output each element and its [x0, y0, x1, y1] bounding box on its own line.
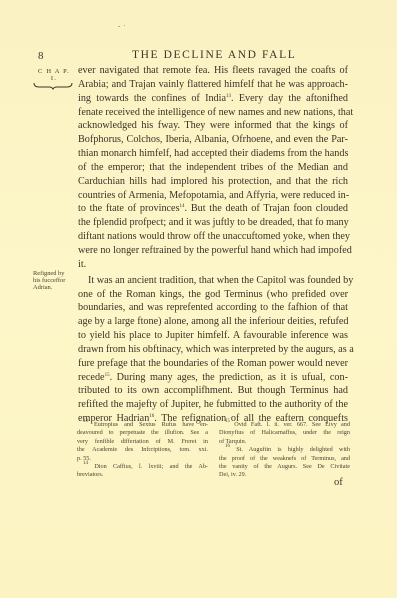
- text-line: age by a large ftone) alone, among all t…: [78, 315, 348, 329]
- footnote-line: deavoured to perpetuate the illufion. Se…: [77, 429, 208, 437]
- footnote-line: the proof of the weaknefs of Terminus, a…: [219, 455, 350, 463]
- footnote-line: Dionyfius of Halicarnaffus, under the re…: [219, 429, 350, 437]
- paper-speck: [118, 26, 120, 27]
- text-line: to yield his place to Jupiter himfelf. A…: [78, 329, 348, 343]
- footnotes: 13 Eutropius and Sextus Rufus have en- d…: [77, 421, 350, 480]
- text-line: fure prefage that the boundaries of the …: [78, 357, 348, 371]
- text-line: boundaries, and was reprefented accordin…: [78, 301, 348, 315]
- text-line: to the ftate of provinces14. But the dea…: [78, 202, 348, 216]
- footnote-line: 13 Eutropius and Sextus Rufus have en-: [77, 421, 208, 429]
- text-line: drawn from his obftinacy, which was inte…: [78, 343, 348, 357]
- footnotes-right-column: 15 Ovid Faft. l. ii. ver. 667. See Livy …: [219, 421, 350, 480]
- footnote-line: breviators.: [77, 471, 208, 479]
- footnotes-left-column: 13 Eutropius and Sextus Rufus have en- d…: [77, 421, 208, 480]
- text-line: acknowledged his fway. They were informe…: [78, 119, 348, 133]
- text-line: ing towards the confines of India13. Eve…: [78, 92, 348, 106]
- text-line: the fplendid profpect; and it was juftly…: [78, 216, 348, 230]
- text-line: Bofphorus, Colchos, Iberia, Albania, Ofr…: [78, 133, 348, 147]
- text-line: tributed to its own accomplifhment. But …: [78, 384, 348, 398]
- page-number: 8: [38, 50, 44, 62]
- brace-icon: [33, 82, 73, 90]
- footnote-line: 15 Ovid Faft. l. ii. ver. 667. See Livy …: [219, 421, 350, 429]
- footnote-line: the Academie des Infcriptions, tom. xxi.: [77, 446, 208, 454]
- text-line: diftant nations would throw off the unac…: [78, 230, 348, 244]
- text-line: It was an ancient tradition, that when t…: [78, 274, 348, 288]
- text-line: one of the Roman kings, the god Terminus…: [78, 288, 348, 302]
- footnote-line: of Tarquin.: [219, 438, 350, 446]
- footnote-line: very fenfible differtation of M. Freret …: [77, 438, 208, 446]
- text-line: countries of Armenia, Mefopotamia, and A…: [78, 189, 348, 203]
- text-line: it.: [78, 258, 348, 272]
- catchword: of: [334, 477, 343, 488]
- text-line: refifted the majefty of Jupiter, he fubm…: [78, 398, 348, 412]
- footnote-line: 14 Dion Caffius, l. lxviii; and the Ab-: [77, 463, 208, 471]
- footnote-line: Dei, iv. 29.: [219, 471, 350, 479]
- text-line: ever navigated that remote fea. His flee…: [78, 64, 348, 78]
- text-line: thian monarch himfelf, had accepted thei…: [78, 147, 348, 161]
- footnote-line: 16 St. Auguftin is highly delighted with: [219, 446, 350, 454]
- text-line: Arabia; and Trajan vainly flattered himf…: [78, 78, 348, 92]
- marginal-note: Refigned by his fucceffor Adrian.: [33, 270, 65, 292]
- paper-speck: [124, 25, 125, 26]
- text-line: Carduchian hills had implored his protec…: [78, 175, 348, 189]
- text-line: recede15. During many ages, the predicti…: [78, 371, 348, 385]
- running-head: THE DECLINE AND FALL: [132, 49, 296, 61]
- chapter-number: I.: [33, 75, 75, 82]
- footnote-line: the vanity of the Augurs. See De Civitat…: [219, 463, 350, 471]
- chapter-margin-label: C H A P. I.: [33, 68, 75, 82]
- body-text: ever navigated that remote fea. His flee…: [78, 64, 348, 426]
- text-line: fenate received the intelligence of new …: [78, 106, 348, 120]
- text-line: of the emperor; that the independent tri…: [78, 161, 348, 175]
- footnote-line: p. 55.: [77, 455, 208, 463]
- chapter-label: C H A P.: [33, 68, 75, 75]
- text-line: were no longer reftrained by the powerfu…: [78, 244, 348, 258]
